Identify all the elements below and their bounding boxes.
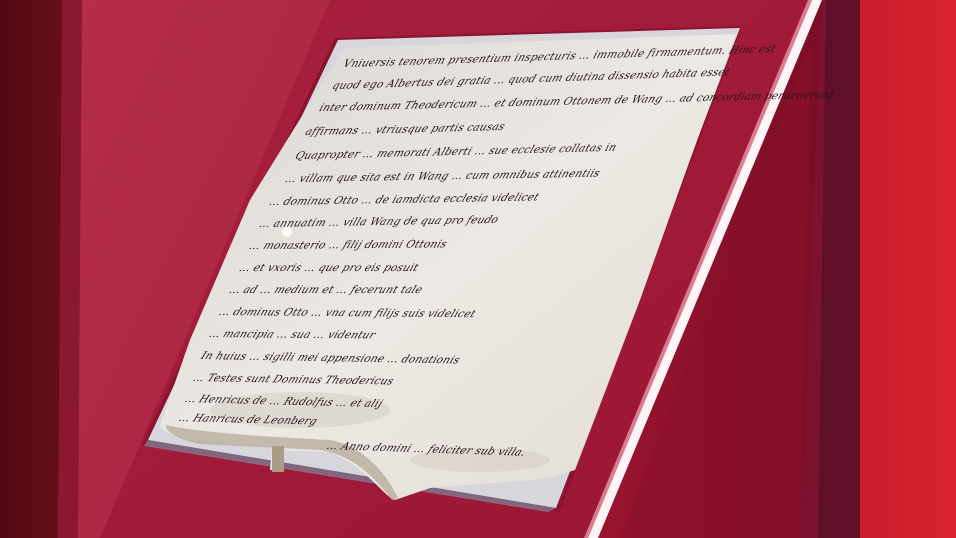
display-case-graphic bbox=[0, 0, 956, 538]
glare-spot bbox=[282, 227, 292, 237]
photo-scene: Vniuersis tenorem presentium inspecturis… bbox=[0, 0, 956, 538]
right-wall bbox=[852, 0, 956, 538]
